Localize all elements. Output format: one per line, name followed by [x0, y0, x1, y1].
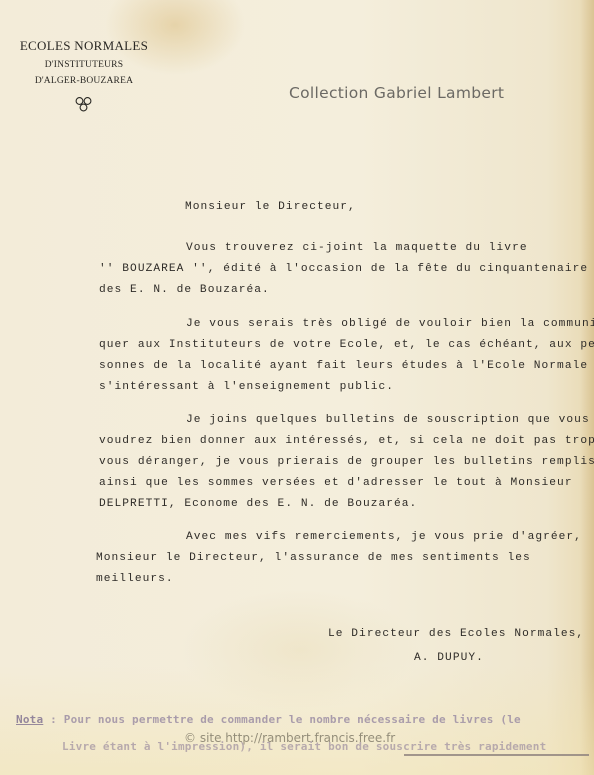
nota-line-1: Nota : Pour nous permettre de commander … — [16, 713, 521, 726]
paragraph-1-line-3: des E. N. de Bouzaréa. — [99, 283, 270, 297]
paragraph-4-line-3: meilleurs. — [96, 572, 174, 586]
nota-label: Nota — [16, 713, 43, 726]
paragraph-3-line-2: voudrez bien donner aux intéressés, et, … — [99, 434, 594, 448]
letter-page: ECOLES NORMALES D'INSTITUTEURS D'ALGER-B… — [0, 0, 594, 775]
letterhead-subtitle: D'INSTITUTEURS — [14, 57, 154, 73]
paragraph-2-line-2: quer aux Instituteurs de votre Ecole, et… — [99, 338, 594, 352]
paragraph-4-line-2: Monsieur le Directeur, l'assurance de me… — [96, 551, 531, 565]
paragraph-1-line-2: '' BOUZAREA '', édité à l'occasion de la… — [99, 262, 588, 276]
trefoil-ornament-icon — [73, 96, 95, 112]
signature-name: A. DUPUY. — [414, 651, 484, 665]
paragraph-3-line-5: DELPRETTI, Econome des E. N. de Bouzaréa… — [99, 497, 417, 511]
nota-line-2: Livre étant à l'impression), il serait b… — [62, 740, 546, 753]
paragraph-4-line-1: Avec mes vifs remerciements, je vous pri… — [186, 530, 582, 544]
paragraph-2-line-4: s'intéressant à l'enseignement public. — [99, 380, 394, 394]
paragraph-3-line-4: ainsi que les sommes versées et d'adress… — [99, 476, 573, 490]
paragraph-3-line-1: Je joins quelques bulletins de souscript… — [186, 413, 590, 427]
paragraph-2-line-3: sonnes de la localité ayant fait leurs é… — [99, 359, 594, 373]
letterhead: ECOLES NORMALES D'INSTITUTEURS D'ALGER-B… — [14, 38, 154, 115]
collection-watermark: Collection Gabriel Lambert — [289, 84, 504, 102]
page-edge-shadow — [580, 0, 594, 775]
paragraph-1-line-1: Vous trouverez ci-joint la maquette du l… — [186, 241, 528, 255]
paragraph-3-line-3: vous déranger, je vous prierais de group… — [99, 455, 594, 469]
letterhead-location: D'ALGER-BOUZAREA — [14, 73, 154, 89]
nota-handwritten-underline — [404, 754, 589, 756]
signature-title: Le Directeur des Ecoles Normales, — [328, 627, 584, 641]
paragraph-2-line-1: Je vous serais très obligé de vouloir bi… — [186, 317, 594, 331]
site-watermark: © site http://rambert.francis.free.fr — [184, 731, 395, 745]
ornament-icon — [14, 96, 154, 115]
nota-text-1: : Pour nous permettre de commander le no… — [43, 713, 521, 726]
salutation: Monsieur le Directeur, — [185, 200, 356, 214]
letterhead-institution: ECOLES NORMALES — [14, 38, 154, 54]
